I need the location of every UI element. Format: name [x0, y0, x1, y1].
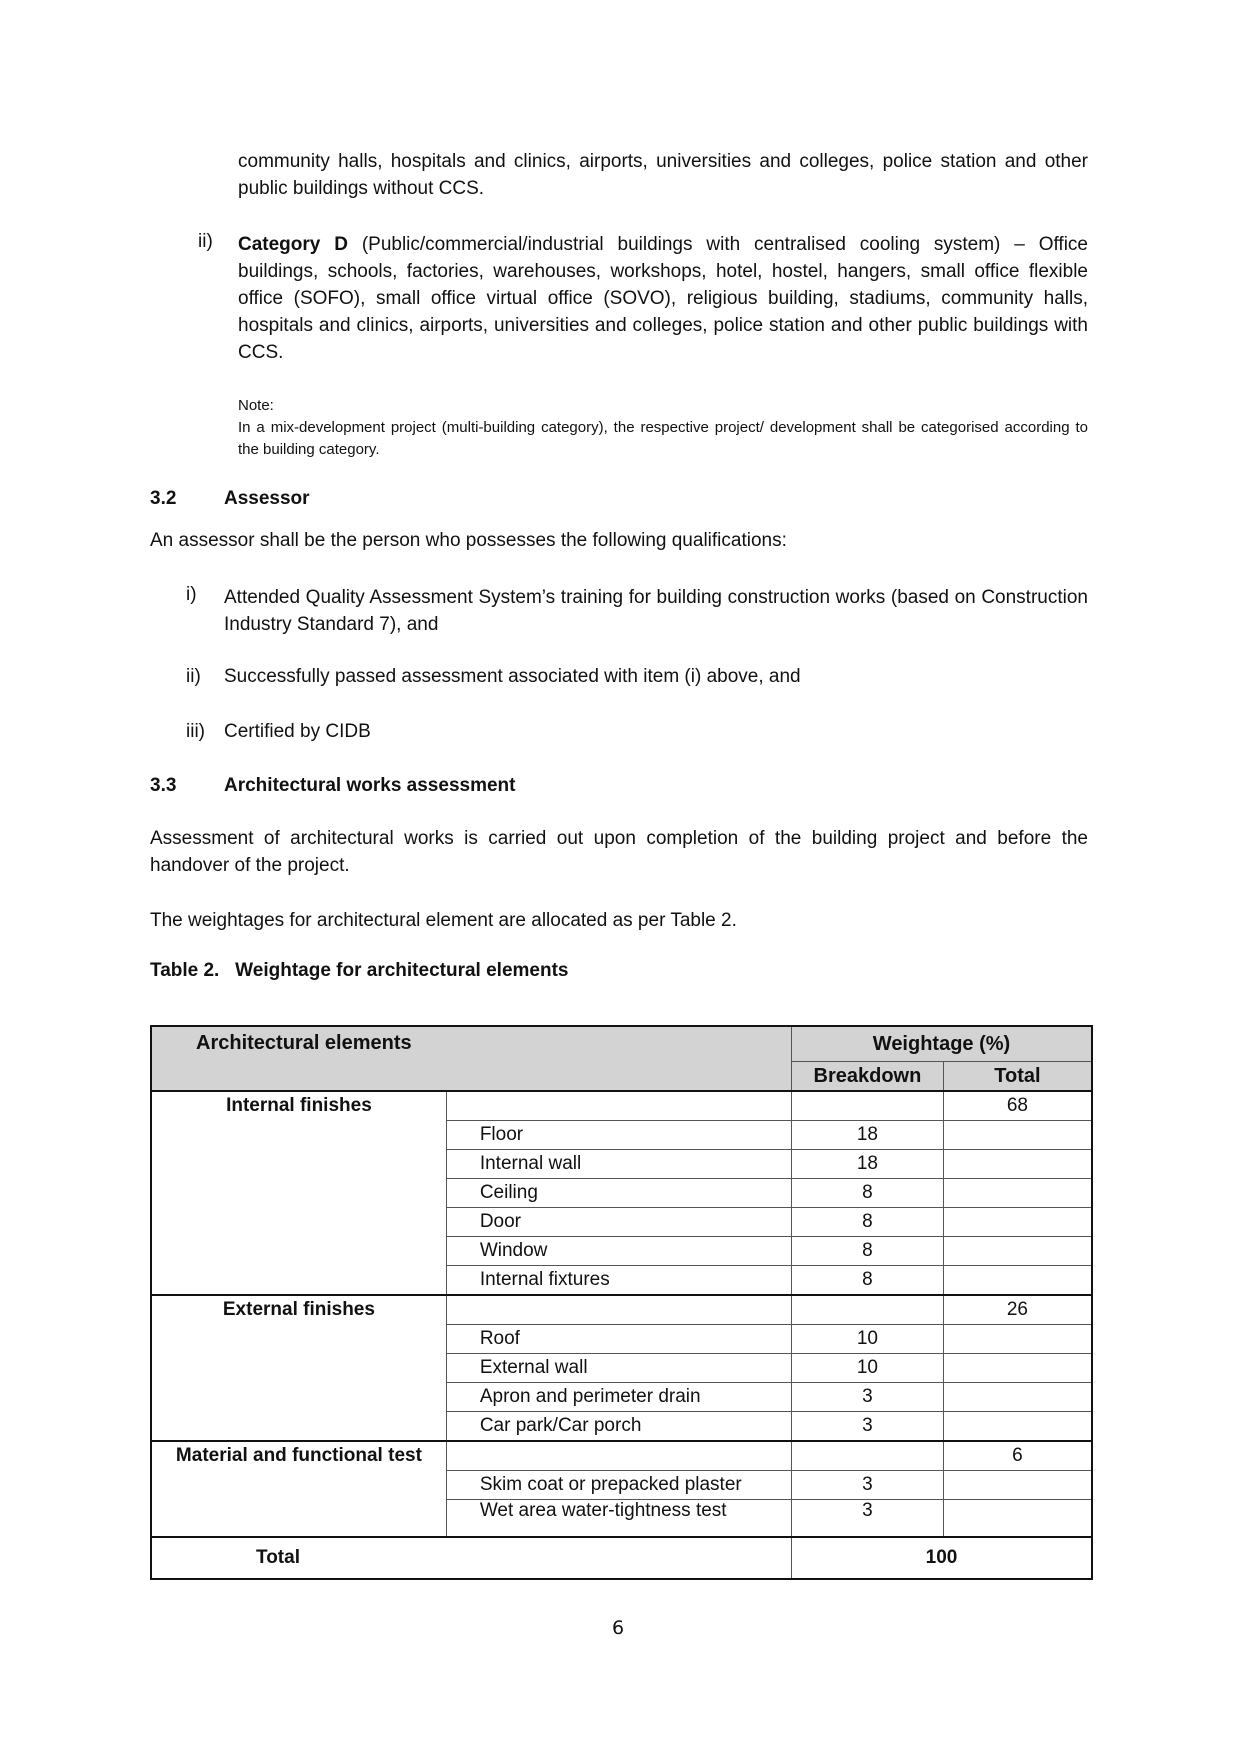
- page-number: 6: [612, 1617, 624, 1639]
- element-name: External wall: [446, 1354, 791, 1383]
- continuation-paragraph: community halls, hospitals and clinics, …: [238, 148, 1088, 202]
- element-breakdown: 3: [792, 1471, 944, 1500]
- group-header-row: Internal finishes68: [151, 1091, 1092, 1121]
- group-total: 26: [943, 1295, 1092, 1325]
- empty-cell: [792, 1091, 944, 1121]
- header-architectural-elements: Architectural elements: [151, 1026, 792, 1091]
- assessor-item-2-text: Successfully passed assessment associate…: [224, 666, 801, 688]
- empty-cell: [792, 1441, 944, 1471]
- note-label: Note:: [238, 395, 1088, 417]
- element-breakdown: 18: [792, 1150, 944, 1179]
- header-breakdown: Breakdown: [792, 1062, 944, 1092]
- category-d-label: Category D: [238, 234, 348, 255]
- empty-cell: [943, 1266, 1092, 1296]
- section-3-3-paragraph-1: Assessment of architectural works is car…: [150, 825, 1088, 879]
- assessor-item-1-number: i): [186, 584, 197, 606]
- empty-cell: [446, 1441, 791, 1471]
- empty-cell: [943, 1121, 1092, 1150]
- group-header-row: Material and functional test6: [151, 1441, 1092, 1471]
- element-name: Door: [446, 1208, 791, 1237]
- assessor-item-1-text: Attended Quality Assessment System’s tra…: [224, 584, 1088, 638]
- assessor-item-2-number: ii): [186, 666, 201, 688]
- empty-cell: [943, 1208, 1092, 1237]
- group-name: Internal finishes: [151, 1091, 446, 1295]
- section-3-3-number: 3.3: [150, 775, 176, 797]
- element-breakdown: 3: [792, 1383, 944, 1412]
- note-text: In a mix-development project (multi-buil…: [238, 417, 1088, 461]
- header-total: Total: [943, 1062, 1092, 1092]
- element-breakdown: 10: [792, 1325, 944, 1354]
- section-3-2-number: 3.2: [150, 488, 176, 510]
- element-name: Skim coat or prepacked plaster: [446, 1471, 791, 1500]
- empty-cell: [446, 1091, 791, 1121]
- grand-total-label: Total: [151, 1537, 792, 1579]
- element-breakdown: 3: [792, 1412, 944, 1442]
- assessor-item-3-number: iii): [186, 721, 205, 743]
- element-breakdown: 8: [792, 1179, 944, 1208]
- empty-cell: [943, 1471, 1092, 1500]
- empty-cell: [943, 1500, 1092, 1538]
- section-3-3-paragraph-2: The weightages for architectural element…: [150, 910, 737, 932]
- section-3-3-title: Architectural works assessment: [224, 775, 515, 797]
- empty-cell: [943, 1150, 1092, 1179]
- element-breakdown: 8: [792, 1266, 944, 1296]
- element-breakdown: 3: [792, 1500, 944, 1538]
- category-d-number: ii): [198, 231, 213, 253]
- element-name: Internal wall: [446, 1150, 791, 1179]
- element-name: Car park/Car porch: [446, 1412, 791, 1442]
- empty-cell: [792, 1295, 944, 1325]
- group-total: 68: [943, 1091, 1092, 1121]
- weightage-table: Architectural elements Weightage (%) Bre…: [150, 1025, 1093, 1580]
- element-breakdown: 8: [792, 1237, 944, 1266]
- empty-cell: [943, 1412, 1092, 1442]
- group-total: 6: [943, 1441, 1092, 1471]
- empty-cell: [943, 1354, 1092, 1383]
- empty-cell: [943, 1179, 1092, 1208]
- group-name: External finishes: [151, 1295, 446, 1441]
- section-3-2-title: Assessor: [224, 488, 310, 510]
- grand-total-value: 100: [792, 1537, 1092, 1579]
- assessor-item-3-text: Certified by CIDB: [224, 721, 371, 743]
- group-header-row: External finishes26: [151, 1295, 1092, 1325]
- element-name: Ceiling: [446, 1179, 791, 1208]
- empty-cell: [943, 1237, 1092, 1266]
- table-caption: Table 2. Weightage for architectural ele…: [150, 960, 568, 982]
- category-d-text: (Public/commercial/industrial buildings …: [238, 234, 1088, 363]
- empty-cell: [943, 1383, 1092, 1412]
- empty-cell: [446, 1295, 791, 1325]
- element-breakdown: 8: [792, 1208, 944, 1237]
- element-breakdown: 10: [792, 1354, 944, 1383]
- element-name: Window: [446, 1237, 791, 1266]
- element-name: Wet area water-tightness test: [446, 1500, 791, 1538]
- category-d-paragraph: Category D (Public/commercial/industrial…: [238, 231, 1088, 366]
- header-weightage: Weightage (%): [792, 1026, 1092, 1062]
- element-name: Apron and perimeter drain: [446, 1383, 791, 1412]
- element-name: Roof: [446, 1325, 791, 1354]
- element-name: Floor: [446, 1121, 791, 1150]
- empty-cell: [943, 1325, 1092, 1354]
- group-name: Material and functional test: [151, 1441, 446, 1537]
- element-name: Internal fixtures: [446, 1266, 791, 1296]
- section-3-2-intro: An assessor shall be the person who poss…: [150, 530, 787, 552]
- element-breakdown: 18: [792, 1121, 944, 1150]
